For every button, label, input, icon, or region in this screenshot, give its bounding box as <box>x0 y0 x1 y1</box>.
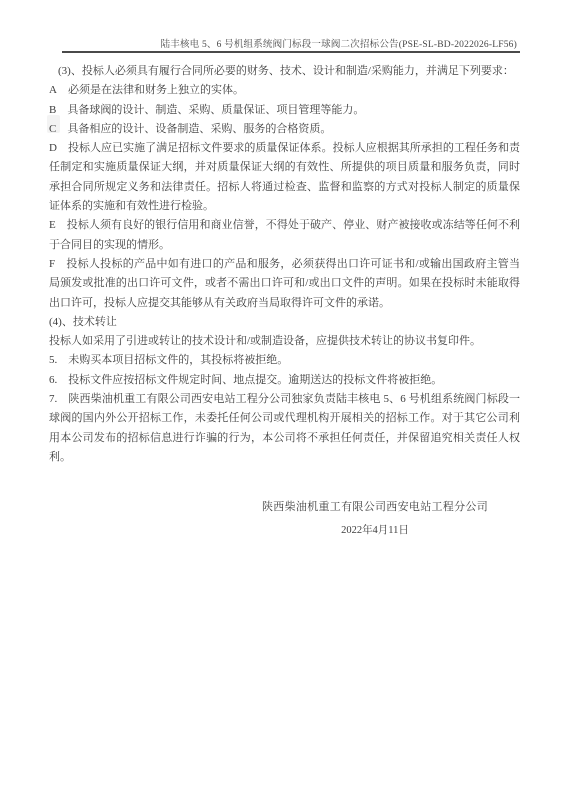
paragraph-label: D <box>49 142 57 154</box>
paragraph-text: 陕西柴油机重工有限公司西安电站工程分公司独家负责陆丰核电 5、6 号机组系统阀门… <box>49 393 520 463</box>
paragraph-label: B <box>49 104 56 116</box>
header-title: 陆丰核电 5、6 号机组系统阀门标段一球阀二次招标公告(PSE-SL-BD-20… <box>161 36 517 50</box>
paragraph-label: C <box>49 123 56 135</box>
paragraph: (3)、投标人必须具有履行合同所必要的财务、技术、设计和制造/采购能力，并满足下… <box>49 62 520 81</box>
paragraph-label: 7. <box>49 393 57 405</box>
paragraph-label: F <box>49 258 55 270</box>
document-page: 陆丰核电 5、6 号机组系统阀门标段一球阀二次招标公告(PSE-SL-BD-20… <box>0 0 565 800</box>
header-rule <box>62 51 520 53</box>
paragraph: 7.陕西柴油机重工有限公司西安电站工程分公司独家负责陆丰核电 5、6 号机组系统… <box>49 390 520 467</box>
paragraph: 5.未购买本项目招标文件的，其投标将被拒绝。 <box>49 351 520 370</box>
paragraph-text: 投标人须有良好的银行信用和商业信誉，不得处于破产、停业、财产被接收或冻结等任何不… <box>49 219 520 250</box>
paragraph-label: 6. <box>49 374 57 386</box>
paragraph-text: 具备球阀的设计、制造、采购、质量保证、项目管理等能力。 <box>67 104 364 116</box>
paragraph: 投标人如采用了引进或转让的技术设计和/或制造设备，应提供技术转让的协议书复印件。 <box>49 332 520 351</box>
paragraph-label: 5. <box>49 354 57 366</box>
signature-company: 陕西柴油机重工有限公司西安电站工程分公司 <box>262 498 488 514</box>
signature-block: 陕西柴油机重工有限公司西安电站工程分公司 2022年4月11日 <box>262 498 488 537</box>
paragraph-text: (4)、技术转让 <box>49 316 117 328</box>
paragraph-label: A <box>49 84 57 96</box>
paragraph-text: 投标文件应按招标文件规定时间、地点提交。逾期送达的投标文件将被拒绝。 <box>68 374 442 386</box>
signature-date: 2022年4月11日 <box>262 522 488 537</box>
paragraph: 6.投标文件应按招标文件规定时间、地点提交。逾期送达的投标文件将被拒绝。 <box>49 371 520 390</box>
paragraph-text: 投标人投标的产品中如有进口的产品和服务，必须获得出口许可证书和/或输出国政府主管… <box>49 258 520 309</box>
paragraph: C具备相应的设计、设备制造、采购、服务的合格资质。 <box>49 120 520 139</box>
paragraph: E投标人须有良好的银行信用和商业信誉，不得处于破产、停业、财产被接收或冻结等任何… <box>49 216 520 255</box>
paragraph: D投标人应已实施了满足招标文件要求的质量保证体系。投标人应根据其所承担的工程任务… <box>49 139 520 216</box>
paragraph: F投标人投标的产品中如有进口的产品和服务，必须获得出口许可证书和/或输出国政府主… <box>49 255 520 313</box>
paragraph-text: 投标人应已实施了满足招标文件要求的质量保证体系。投标人应根据其所承担的工程任务和… <box>49 142 520 212</box>
paragraph-text: 必须是在法律和财务上独立的实体。 <box>68 84 244 96</box>
paragraph-text: 具备相应的设计、设备制造、采购、服务的合格资质。 <box>67 123 331 135</box>
paragraph-text: (3)、投标人必须具有履行合同所必要的财务、技术、设计和制造/采购能力，并满足下… <box>58 65 514 77</box>
paragraph-text: 未购买本项目招标文件的，其投标将被拒绝。 <box>68 354 288 366</box>
paragraph: (4)、技术转让 <box>49 313 520 332</box>
paragraph-text: 投标人如采用了引进或转让的技术设计和/或制造设备，应提供技术转让的协议书复印件。 <box>49 335 481 347</box>
paragraph: A必须是在法律和财务上独立的实体。 <box>49 81 520 100</box>
document-body: (3)、投标人必须具有履行合同所必要的财务、技术、设计和制造/采购能力，并满足下… <box>49 62 520 467</box>
paragraph-label: E <box>49 219 56 231</box>
paragraph: B具备球阀的设计、制造、采购、质量保证、项目管理等能力。 <box>49 101 520 120</box>
